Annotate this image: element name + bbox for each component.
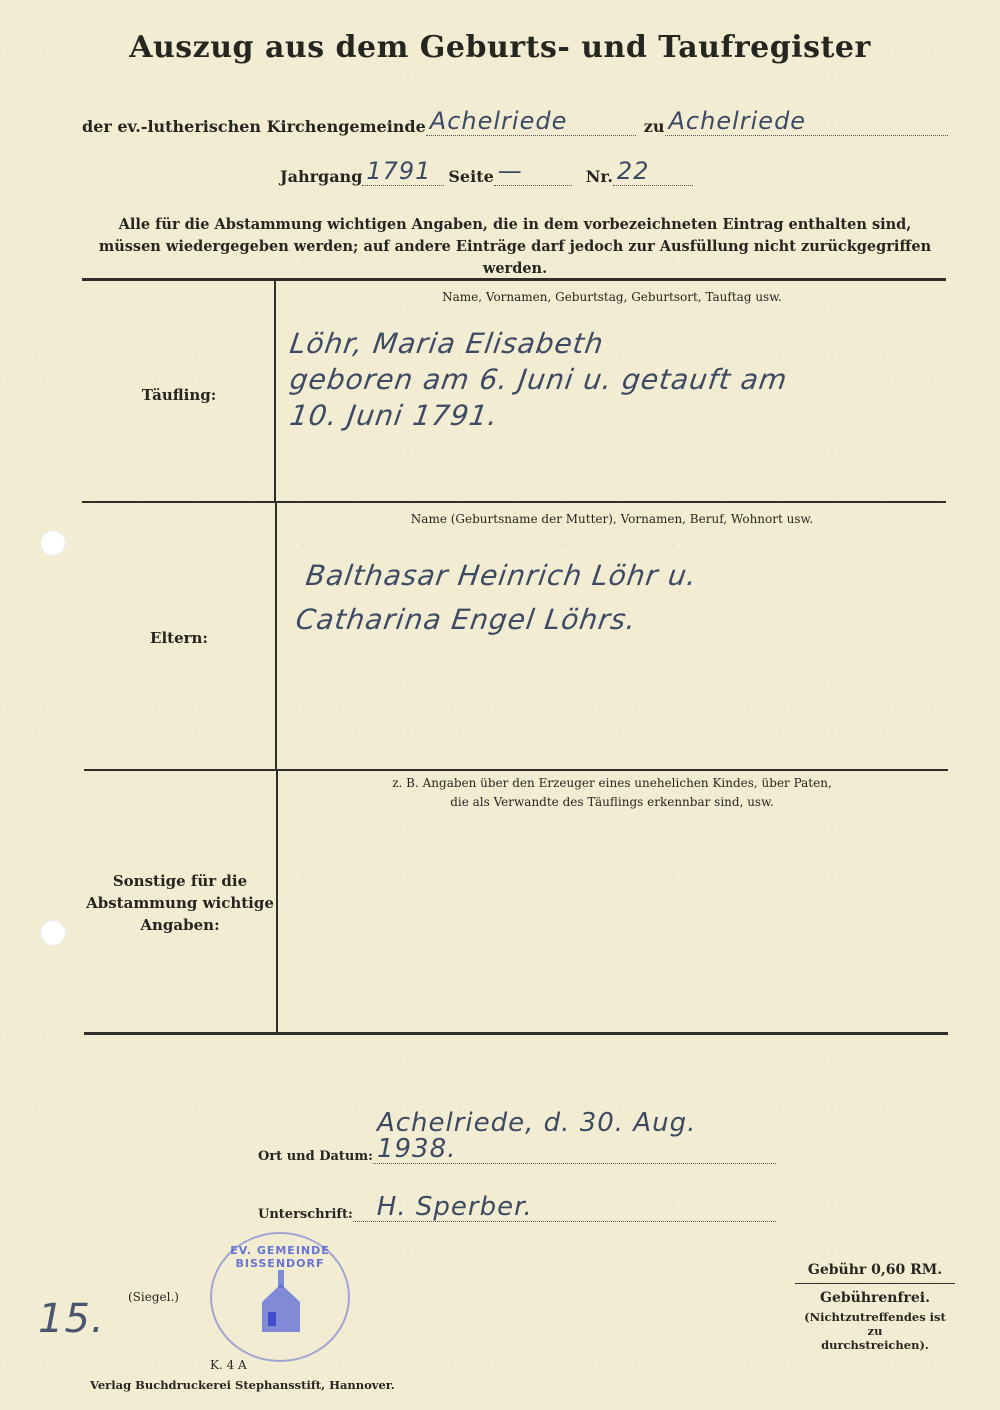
church-label: der ev.-lutherischen Kirchengemeinde [82, 117, 426, 136]
publisher-line: Verlag Buchdruckerei Stephansstift, Hann… [90, 1378, 395, 1392]
signature-row: Unterschrift: H. Sperber. [258, 1190, 776, 1222]
signature-value: H. Sperber. [377, 1194, 533, 1220]
fee-note-line: durchstreichen). [795, 1338, 955, 1352]
punch-hole-top [40, 530, 66, 556]
location-value: Achelriede [669, 108, 807, 134]
fee-block: Gebühr 0,60 RM. Gebührenfrei. (Nichtzutr… [795, 1262, 955, 1352]
page-field: — [494, 160, 572, 186]
table-column-divider [275, 503, 277, 769]
table-bottom-border [84, 1032, 948, 1035]
place-date-row: Ort und Datum: Achelriede, d. 30. Aug. 1… [258, 1132, 776, 1164]
section-label-taeufling: Täufling: [84, 384, 274, 406]
section-hint-taeufling: Name, Vornamen, Geburtstag, Geburtsort, … [278, 288, 946, 307]
church-stamp: EV. GEMEINDE BISSENDORF [210, 1232, 350, 1362]
place-date-value: Achelriede, d. 30. Aug. 1938. [377, 1110, 776, 1162]
section-hint-line: die als Verwandte des Täuflings erkennba… [278, 793, 946, 812]
number-value: 22 [617, 158, 650, 184]
signature-label: Unterschrift: [258, 1207, 353, 1222]
instructions-line: Alle für die Abstammung wichtigen Angabe… [80, 214, 950, 236]
number-label: Nr. [586, 167, 613, 186]
fee-note-line: (Nichtzutreffendes ist zu [795, 1310, 955, 1338]
section-hint-eltern: Name (Geburtsname der Mutter), Vornamen,… [278, 510, 946, 529]
location-field: Achelriede [665, 110, 948, 136]
number-field: 22 [613, 160, 693, 186]
eltern-entry-line: Balthasar Heinrich Löhr u. [304, 560, 699, 592]
signature-field: H. Sperber. [353, 1190, 776, 1222]
fee-line: Gebühr 0,60 RM. [795, 1262, 955, 1284]
location-label: zu [644, 117, 665, 136]
form-code: K. 4 A [210, 1358, 247, 1372]
instructions-line: müssen wiedergegeben werden; auf andere … [80, 236, 950, 280]
margin-note: 15. [38, 1296, 105, 1342]
church-field: Achelriede [426, 110, 636, 136]
document-title: Auszug aus dem Geburts- und Taufregister [0, 30, 1000, 65]
year-label: Jahrgang [280, 167, 362, 186]
section-hint-line: z. B. Angaben über den Erzeuger eines un… [278, 774, 946, 793]
taeufling-entry-line: Löhr, Maria Elisabeth [288, 328, 606, 360]
table-row-divider [84, 769, 948, 771]
page-value: — [498, 158, 523, 184]
eltern-entry-line: Catharina Engel Löhrs. [294, 604, 639, 636]
section-label-line: Abstammung wichtige [84, 892, 276, 914]
year-field: 1791 [362, 160, 444, 186]
section-label-line: Angaben: [84, 914, 276, 936]
section-label-sonstige: Sonstige für die Abstammung wichtige Ang… [84, 870, 276, 936]
church-row: der ev.-lutherischen Kirchengemeinde Ach… [82, 110, 948, 136]
seal-label: (Siegel.) [128, 1290, 179, 1304]
section-hint-sonstige: z. B. Angaben über den Erzeuger eines un… [278, 774, 946, 812]
stamp-text: EV. GEMEINDE BISSENDORF [212, 1244, 348, 1270]
place-date-field: Achelriede, d. 30. Aug. 1938. [373, 1132, 776, 1164]
taeufling-entry-line: geboren am 6. Juni u. getauft am [288, 364, 790, 396]
taeufling-entry-line: 10. Juni 1791. [288, 400, 501, 432]
table-top-border [82, 278, 946, 281]
year-row: Jahrgang 1791 Seite — Nr. 22 [280, 160, 693, 186]
section-label-line: Sonstige für die [84, 870, 276, 892]
birth-baptism-register-extract: Auszug aus dem Geburts- und Taufregister… [0, 0, 1000, 1410]
church-icon [254, 1268, 308, 1338]
fee-free-line: Gebührenfrei. [795, 1290, 955, 1306]
year-value: 1791 [366, 158, 431, 184]
page-label: Seite [448, 167, 493, 186]
table-row-divider [82, 501, 946, 503]
section-label-eltern: Eltern: [84, 627, 274, 649]
punch-hole-bottom [40, 920, 66, 946]
instructions: Alle für die Abstammung wichtigen Angabe… [80, 214, 950, 280]
church-value: Achelriede [430, 108, 568, 134]
table-column-divider [274, 281, 276, 501]
place-date-label: Ort und Datum: [258, 1149, 373, 1164]
